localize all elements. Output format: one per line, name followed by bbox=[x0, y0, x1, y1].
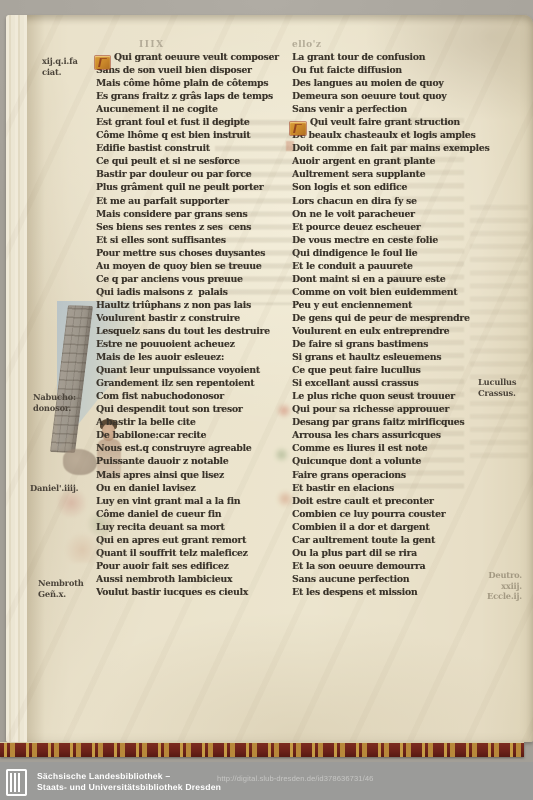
verse-line: Qui grant oeuure veult composer bbox=[96, 51, 292, 64]
margin-note-line: Crassus. bbox=[478, 388, 528, 399]
verse-line: Combien il a dor et dargent bbox=[292, 521, 472, 534]
verse-line: Grandement ilz sen repentoient bbox=[96, 377, 292, 390]
text-column-left: Qui grant oeuure veult composerSans de s… bbox=[96, 51, 292, 599]
verse-line: Ou en daniel lavisez bbox=[96, 482, 292, 495]
verse-line: Et si elles sont suffisantes bbox=[96, 234, 292, 247]
gutter-shadow bbox=[27, 15, 45, 742]
margin-note-line: Geñ.x. bbox=[38, 589, 94, 600]
verse-line: Peu y eut enciennement bbox=[292, 299, 472, 312]
verse-line: La grant tour de confusion bbox=[292, 51, 472, 64]
photo-backdrop: IIIX ello'z Qui grant oeuure veult compo… bbox=[0, 0, 533, 800]
verse-line: Mais apres ainsi que lisez bbox=[96, 469, 292, 482]
verse-line: Plus grâment quil ne peult porter bbox=[96, 181, 292, 194]
margin-note-nabuchodonosor: Nabucho: donosor. bbox=[33, 392, 93, 413]
verse-line: Estre ne pouuoient acheuez bbox=[96, 338, 292, 351]
verse-line: Nous est.q construyre agreable bbox=[96, 442, 292, 455]
verse-line: Edifie bastist construit bbox=[96, 142, 292, 155]
verse-line: Ou fut faicte diffusion bbox=[292, 64, 472, 77]
showthrough-folio-left: IIIX bbox=[139, 40, 165, 50]
verse-line: Doit estre cault et preconter bbox=[292, 495, 472, 508]
verse-line: Et me au parfait supporter bbox=[96, 195, 292, 208]
gilt-binding-edge bbox=[0, 743, 524, 757]
verse-line: Aussi nembroth lambicieux bbox=[96, 573, 292, 586]
verse-line: Demeura son oeuure tout quoy bbox=[292, 90, 472, 103]
verse-line: Voulurent en eulx entreprendre bbox=[292, 325, 472, 338]
verse-line: De beaulx chasteaulx et logis amples bbox=[292, 129, 472, 142]
verse-line: De gens qui de peur de mesprendre bbox=[292, 312, 472, 325]
verse-line: Voulut bastir iucques es cieulx bbox=[96, 586, 292, 599]
margin-note-nembroth: Nembroth Geñ.x. bbox=[38, 578, 94, 599]
verse-line: De faire si grans bastimens bbox=[292, 338, 472, 351]
verse-line: Mais côme hôme plain de côtemps bbox=[96, 77, 292, 90]
verse-line: Est grant foul et fust il degipte bbox=[96, 116, 292, 129]
verse-line: Et la son oeuure demourra bbox=[292, 560, 472, 573]
verse-line: Comme on voit bien euidemment bbox=[292, 286, 472, 299]
margin-note-line: Eccle.ij. bbox=[472, 591, 522, 602]
margin-note-bible-refs: Deutro. xxiij. Eccle.ij. bbox=[472, 570, 522, 602]
verse-line: Aucunement il ne cogite bbox=[96, 103, 292, 116]
verse-line: Arrousa les chars assuricques bbox=[292, 429, 472, 442]
paraph-initial-icon bbox=[290, 122, 306, 135]
margin-note-line: Deutro. bbox=[472, 570, 522, 581]
verse-line: Dont maint si en a pauure este bbox=[292, 273, 472, 286]
verse-line: Si excellant aussi crassus bbox=[292, 377, 472, 390]
margin-note-line: donosor. bbox=[33, 403, 93, 414]
verse-line: Lors chacun en dira fy se bbox=[292, 195, 472, 208]
verse-line: Sans venir a perfection bbox=[292, 103, 472, 116]
text-column-right: La grant tour de confusionOu fut faicte … bbox=[292, 51, 472, 599]
library-footer-bar: Sächsische Landesbibliothek – Staats- un… bbox=[0, 762, 533, 800]
verse-line: Combien ce luy pourra couster bbox=[292, 508, 472, 521]
verse-line: On ne le voit paracheuer bbox=[292, 208, 472, 221]
verse-line: Ses biens ses rentes z ses cens bbox=[96, 221, 292, 234]
verse-line: Voulurent bastir z construire bbox=[96, 312, 292, 325]
verse-line: De vous mectre en ceste folie bbox=[292, 234, 472, 247]
verse-line: Et bastir en elacions bbox=[292, 482, 472, 495]
verse-line: Auoir argent en grant plante bbox=[292, 155, 472, 168]
slub-logo-icon bbox=[6, 769, 27, 796]
margin-note-line: Nabucho: bbox=[33, 392, 93, 403]
margin-note-line: ciat. bbox=[42, 67, 98, 78]
verse-line: Ou la plus part dil se rira bbox=[292, 547, 472, 560]
verse-line: Qui iadis maisons z palais bbox=[96, 286, 292, 299]
verse-line: Côme lhôme q est bien instruit bbox=[96, 129, 292, 142]
verse-line: Des langues au moien de quoy bbox=[292, 77, 472, 90]
showthrough-folio-right: ello'z bbox=[292, 40, 321, 50]
verse-line: Qui en apres eut grant remort bbox=[96, 534, 292, 547]
verse-line: Mais de les auoir esleuez: bbox=[96, 351, 292, 364]
verse-line: Au moyen de quoy bien se treuue bbox=[96, 260, 292, 273]
library-name: Sächsische Landesbibliothek – Staats- un… bbox=[37, 771, 221, 793]
verse-line: Desang par grans faitz mirificques bbox=[292, 416, 472, 429]
verse-line: Qui dindigence le foul lie bbox=[292, 247, 472, 260]
verse-line: Le plus riche quon seust trouuer bbox=[292, 390, 472, 403]
verse-line: Com fist nabuchodonosor bbox=[96, 390, 292, 403]
verse-line: Ce qui peult et si ne sesforce bbox=[96, 155, 292, 168]
verse-line: Pour auoir fait ses edificez bbox=[96, 560, 292, 573]
verse-line: Et le conduit a pauurete bbox=[292, 260, 472, 273]
verse-line: Bastir par douleur ou par force bbox=[96, 168, 292, 181]
verse-line: Es grans fraitz z grâs laps de temps bbox=[96, 90, 292, 103]
margin-note-line: Daniel'.iiij. bbox=[30, 483, 94, 494]
verse-line: Son logis et son edifice bbox=[292, 181, 472, 194]
verse-line: Qui despendit tout son tresor bbox=[96, 403, 292, 416]
miniature-rock bbox=[63, 449, 97, 475]
verse-line: A bastir la belle cite bbox=[96, 416, 292, 429]
verse-line: Faire grans operacions bbox=[292, 469, 472, 482]
verse-line: Haultz triûphans z non pas lais bbox=[96, 299, 292, 312]
scan-url: http://digital.slub-dresden.de/id3786367… bbox=[217, 774, 374, 783]
verse-line: Côme daniel de cueur fin bbox=[96, 508, 292, 521]
margin-note-line: Nembroth bbox=[38, 578, 94, 589]
verse-line: Luy en vint grant mal a la fin bbox=[96, 495, 292, 508]
verse-line: Quicunque dont a volunte bbox=[292, 455, 472, 468]
verse-line: Aultrement sera supplante bbox=[292, 168, 472, 181]
verse-line: Comme es liures il est note bbox=[292, 442, 472, 455]
verse-line: Puissante dauoir z notable bbox=[96, 455, 292, 468]
verse-line: Et les despens et mission bbox=[292, 586, 472, 599]
paraph-initial-icon bbox=[95, 56, 110, 69]
verse-line: Sans aucune perfection bbox=[292, 573, 472, 586]
margin-note-line: xij.q.i.fa bbox=[42, 56, 98, 67]
margin-note-lucullus-crassus: Lucullus Crassus. bbox=[478, 377, 528, 398]
gutter-page-edges bbox=[6, 15, 27, 742]
verse-line: Et pource deuez escheuer bbox=[292, 221, 472, 234]
verse-line: Mais considere par grans sens bbox=[96, 208, 292, 221]
margin-note-citation: xij.q.i.fa ciat. bbox=[42, 56, 98, 77]
verse-line: Si grans et haultz esleuemens bbox=[292, 351, 472, 364]
verse-line: Car aultrement toute la gent bbox=[292, 534, 472, 547]
margin-note-daniel: Daniel'.iiij. bbox=[30, 483, 94, 494]
library-name-line2: Staats- und Universitätsbibliothek Dresd… bbox=[37, 782, 221, 793]
verse-line: Quant il souffrit telz maleficez bbox=[96, 547, 292, 560]
verse-line: De babilone:car recite bbox=[96, 429, 292, 442]
margin-note-line: xxiij. bbox=[472, 581, 522, 592]
verse-line: Luy recita deuant sa mort bbox=[96, 521, 292, 534]
verse-line: Quant leur unpuissance voyoient bbox=[96, 364, 292, 377]
verse-line: Ce que peut faire lucullus bbox=[292, 364, 472, 377]
verse-line: Pour mettre sus choses duysantes bbox=[96, 247, 292, 260]
verse-line: Sans de son vueil bien disposer bbox=[96, 64, 292, 77]
verse-line: Qui veult faire grant struction bbox=[292, 116, 472, 129]
verse-line: Ce q par anciens vous preuue bbox=[96, 273, 292, 286]
verse-line: Lesquelz sans du tout les destruire bbox=[96, 325, 292, 338]
margin-note-line: Lucullus bbox=[478, 377, 528, 388]
verse-line: Qui pour sa richesse approuuer bbox=[292, 403, 472, 416]
library-name-line1: Sächsische Landesbibliothek – bbox=[37, 771, 221, 782]
verse-line: Doit comme en fait par mains exemples bbox=[292, 142, 472, 155]
